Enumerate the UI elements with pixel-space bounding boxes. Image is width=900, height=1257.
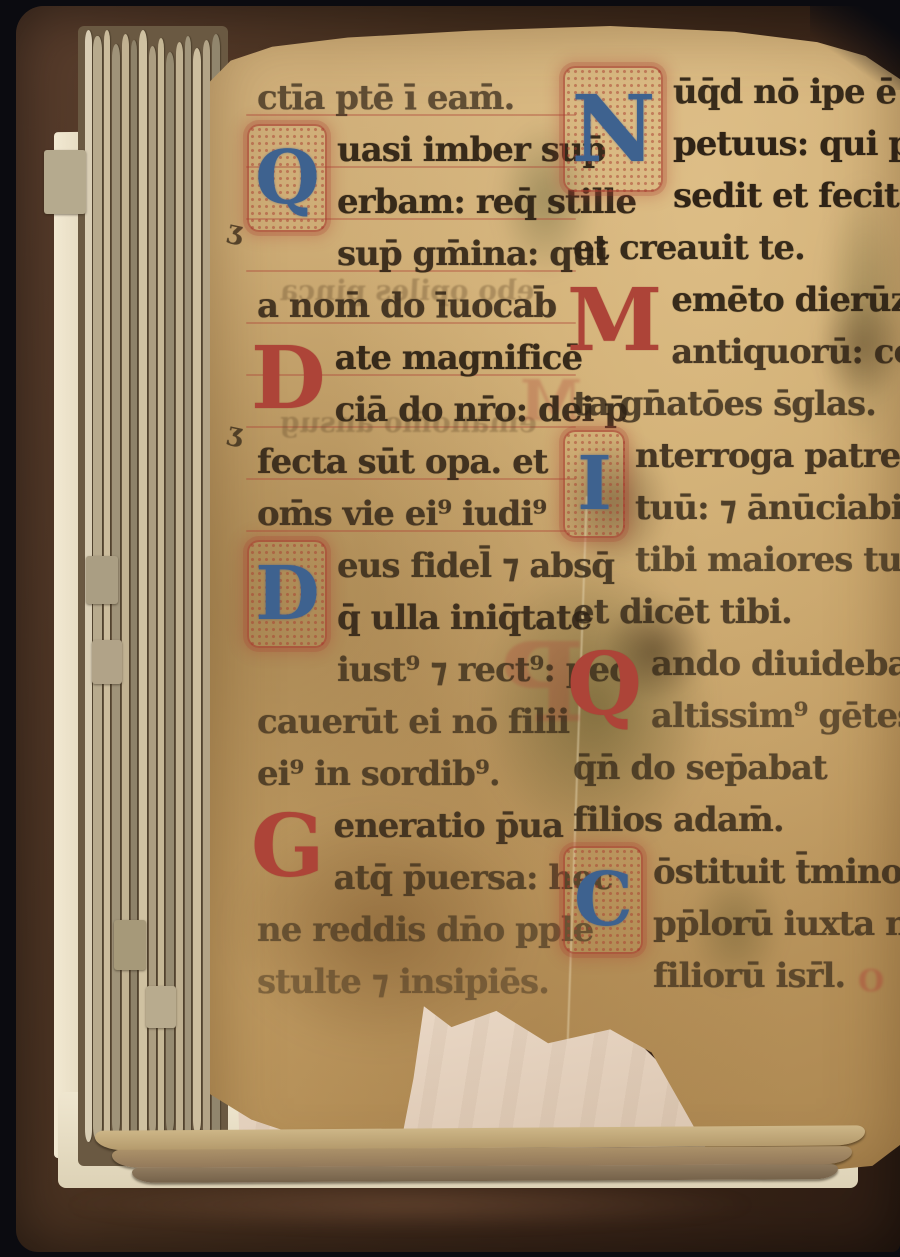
margin-mark: ʒ <box>225 417 246 449</box>
margin-mark: ʒ <box>225 215 246 247</box>
page-edge-strip <box>166 52 174 1134</box>
page-edge-strip <box>176 42 183 1140</box>
page-edge-strip <box>131 40 137 1140</box>
text-line: et dicēt tibi. <box>573 586 878 638</box>
text-line: fecta sūt opa. et <box>257 436 569 488</box>
text-line: ne reddis dn̄o pple <box>257 904 569 956</box>
background-corner-shadow <box>810 0 900 90</box>
verse-paragraph: Cōstituit t̄minospp̄lorū iuxta nūmfilior… <box>573 846 878 1002</box>
text-line: eneratio p̄ua <box>257 800 569 852</box>
text-column-right: Nūq̄d nō ipe ēpetuus: qui possedit et fe… <box>573 66 878 1002</box>
text-line: pp̄lorū iuxta nūm <box>573 898 878 950</box>
fore-edge-tab <box>92 640 122 684</box>
text-line: altissim⁹ gētes: <box>573 690 878 742</box>
verse-paragraph: Memēto dierūzantiquorū: cogita gn̄atōes … <box>573 274 878 430</box>
text-line: erbam: req̄ stille <box>257 176 569 228</box>
text-line: atq̄ p̄uersa: hec <box>257 852 569 904</box>
text-line: antiquorū: cogi <box>573 326 878 378</box>
text-line: uasi imber sup̄ <box>257 124 569 176</box>
text-line: ei⁹ in sordib⁹. <box>257 748 569 800</box>
fore-edge-tab <box>146 986 176 1028</box>
verse-paragraph: Interroga patremtuū: ⁊ ānūciabittibi mai… <box>573 430 878 638</box>
text-line: ate magnificē <box>257 332 569 384</box>
text-line: ta gn̄atōes s̄glas. <box>573 378 878 430</box>
page-edge-stack <box>78 26 228 1166</box>
text-line: a nom̄ do īuocab̄ <box>257 280 569 332</box>
verse-paragraph: Deus fidel̄ ⁊ absq̄q̄ ulla iniq̄tateiust… <box>257 540 569 800</box>
manuscript-photo: ebo opiles pincaemanom̄o ansugMPO ʒʒ ctī… <box>0 0 900 1257</box>
fore-edge-tab <box>86 556 118 604</box>
text-column-left: ctīa ptē ī eam̄.Quasi imber sup̄erbam: r… <box>257 72 569 1008</box>
text-line: eus fidel̄ ⁊ absq̄ <box>257 540 569 592</box>
page-edge-strip <box>139 30 147 1146</box>
verse-paragraph: Generatio p̄uaatq̄ p̄uersa: hecne reddis… <box>257 800 569 1008</box>
text-line: filios adam̄. <box>573 794 878 846</box>
verse-paragraph: Date magnificēciā do nr̄o: dei p̄fecta s… <box>257 332 569 540</box>
text-line: tibi maiores tuos <box>573 534 878 586</box>
text-line: q̄n̄ do sep̄abat <box>573 742 878 794</box>
text-line: ando diuidebat <box>573 638 878 690</box>
text-line: emēto dierūz <box>573 274 878 326</box>
text-line: tuū: ⁊ ānūciabit <box>573 482 878 534</box>
page-edge-strip <box>122 34 129 1142</box>
text-line: cauerūt ei nō filii <box>257 696 569 748</box>
text-line: ctīa ptē ī eam̄. <box>257 72 569 124</box>
text-line: sup̄ gm̄ina: qui <box>257 228 569 280</box>
text-line: ōstituit t̄minos <box>573 846 878 898</box>
verse-paragraph: Quasi imber sup̄erbam: req̄ stillesup̄ g… <box>257 124 569 332</box>
page-edge-strip <box>149 46 156 1136</box>
page-edge-strip <box>203 40 210 1140</box>
fore-edge-tab <box>44 150 86 214</box>
text-line: stulte ⁊ insipiēs. <box>257 956 569 1008</box>
verse-paragraph: Qando diuidebataltissim⁹ gētes:q̄n̄ do s… <box>573 638 878 846</box>
text-line: filiorū isr̄l. <box>573 950 878 1002</box>
text-line: ciā do nr̄o: dei p̄ <box>257 384 569 436</box>
text-line: iust⁹ ⁊ rect⁹: pec <box>257 644 569 696</box>
page-edge-strip <box>185 36 191 1142</box>
text-line: q̄ ulla iniq̄tate <box>257 592 569 644</box>
verse-paragraph: Nūq̄d nō ipe ēpetuus: qui possedit et fe… <box>573 66 878 274</box>
text-line: om̄s vie ei⁹ iudi⁹ <box>257 488 569 540</box>
fore-edge-tab <box>114 920 146 970</box>
page-edge-strip <box>193 48 201 1134</box>
verse-paragraph: ctīa ptē ī eam̄. <box>257 72 569 124</box>
text-line: et creauit te. <box>573 222 878 274</box>
vellum-page: ebo opiles pincaemanom̄o ansugMPO ʒʒ ctī… <box>210 26 900 1182</box>
page-edge-strip <box>158 38 164 1140</box>
text-line: nterroga patrem <box>573 430 878 482</box>
